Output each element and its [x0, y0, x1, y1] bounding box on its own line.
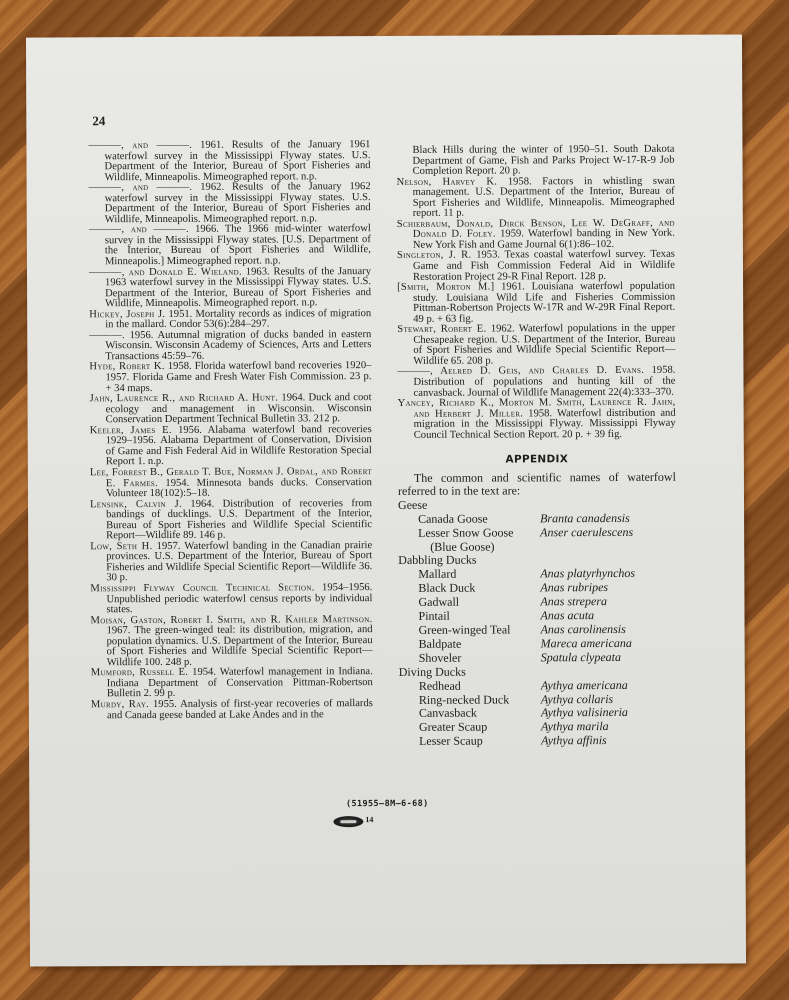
reference-entry: ———, and ———. 1962. Results of the Janua… [89, 182, 371, 225]
species-row: Green-winged TealAnas carolinensis [399, 623, 677, 638]
species-row: MallardAnas platyrhynchos [398, 567, 676, 582]
reference-entry: [Smith, Morton M.] 1961. Louisiana water… [397, 282, 675, 325]
scientific-name: Spatula clypeata [541, 651, 621, 665]
common-name: Baldpate [399, 637, 541, 652]
reference-entry: Murdy, Ray. 1955. Analysis of first-year… [91, 699, 373, 721]
reference-entry: ———, and ———. 1961. Results of the Janua… [88, 140, 370, 183]
reference-author: Low, Seth H. [90, 541, 152, 552]
species-row: Lesser ScaupAythya affinis [399, 734, 677, 749]
reference-text: 1967. The green-winged teal: its distrib… [107, 624, 373, 668]
species-row: BaldpateMareca americana [399, 637, 677, 652]
species-row: RedheadAythya americana [399, 678, 677, 693]
common-name: Redhead [399, 679, 541, 694]
common-name: Lesser Snow Goose [398, 526, 540, 541]
common-name: Shoveler [399, 651, 541, 666]
reference-continuation: Black Hills during the winter of 1950–51… [396, 145, 674, 178]
species-group-label: Diving Ducks [399, 664, 677, 679]
species-row: Lesser Snow GooseAnser caerulescens [398, 525, 676, 540]
common-name: Gadwall [398, 596, 540, 611]
reference-entry: Stewart, Robert E. 1962. Waterfowl popul… [397, 324, 675, 367]
species-row: Greater ScaupAythya marila [399, 720, 677, 735]
scientific-name: Aythya americana [541, 679, 628, 693]
reference-entry: Yancey, Richard K., Morton M. Smith, Lau… [398, 398, 676, 441]
reference-entry: Hyde, Robert K. 1958. Florida waterfowl … [89, 362, 371, 395]
reference-entry: Moisan, Gaston, Robert I. Smith, and R. … [91, 615, 373, 669]
print-code: (51955—8M—6-68) [29, 797, 745, 810]
union-label: 14 [333, 816, 373, 827]
reference-entry: Keeler, James E. 1956. Alabama waterfowl… [90, 425, 372, 468]
reference-entry: Mumford, Russell E. 1954. Waterfowl mana… [91, 667, 373, 700]
appendix-intro: The common and scientific names of water… [398, 471, 676, 499]
reference-entry: Hickey, Joseph J. 1951. Mortality record… [89, 309, 371, 331]
common-name: Lesser Scaup [399, 735, 541, 750]
reference-entry: Singleton, J. R. 1953. Texas coastal wat… [397, 250, 675, 283]
scientific-name: Anser caerulescens [540, 526, 633, 540]
common-name: Canada Goose [398, 512, 540, 527]
reference-entry: Mississippi Flyway Council Technical Sec… [90, 583, 372, 616]
scientific-name: Aythya affinis [541, 734, 607, 748]
species-row: Ring-necked DuckAythya collaris [399, 692, 677, 707]
species-row: Black DuckAnas rubripes [398, 581, 676, 596]
species-row: GadwallAnas strepera [398, 595, 676, 610]
species-row: CanvasbackAythya valisineria [399, 706, 677, 721]
species-row: (Blue Goose) [398, 539, 676, 554]
species-row: Canada GooseBranta canadensis [398, 512, 676, 527]
reference-entry: Nelson, Harvey K. 1958. Factors in whist… [397, 176, 675, 219]
union-label-number: 14 [365, 815, 373, 824]
common-name: Black Duck [398, 582, 540, 597]
species-group-label: Geese [398, 498, 676, 513]
reference-entry: ———. 1956. Autumnal migration of ducks b… [89, 330, 371, 363]
reference-entry: Lensink, Calvin J. 1964. Distribution of… [90, 499, 372, 542]
common-name: Green-winged Teal [399, 623, 541, 638]
references-right-column: Black Hills during the winter of 1950–51… [396, 145, 677, 749]
right-reference-list: Nelson, Harvey K. 1958. Factors in whist… [397, 176, 676, 441]
reference-entry: ———, and ———. 1966. The 1966 mid-winter … [89, 224, 371, 267]
species-row: PintailAnas acuta [398, 609, 676, 624]
reference-author: Murdy, Ray. [91, 699, 149, 710]
reference-entry: Low, Seth H. 1957. Waterfowl banding in … [90, 541, 372, 584]
reference-entry: Lee, Forrest B., Gerald T. Bue, Norman J… [90, 467, 372, 500]
union-bug-emblem-icon [333, 816, 363, 827]
reference-entry: ———, and Donald E. Wieland. 1963. Result… [89, 267, 371, 310]
reference-author: ———. [89, 330, 125, 341]
references-left-column: ———, and ———. 1961. Results of the Janua… [88, 140, 373, 721]
reference-text: 1956. Autumnal migration of ducks banded… [105, 329, 371, 362]
scientific-name: Branta canadensis [540, 512, 630, 526]
reference-entry: ———, Aelred D. Geis, and Charles D. Evan… [397, 366, 675, 399]
species-row: ShovelerSpatula clypeata [399, 651, 677, 666]
appendix-title: APPENDIX [398, 454, 676, 466]
page-number: 24 [92, 113, 105, 129]
document-page: 24 ———, and ———. 1961. Results of the Ja… [26, 34, 746, 966]
reference-entry: Schierbaum, Donald, Dirck Benson, Lee W.… [397, 219, 675, 252]
reference-entry: Jahn, Laurence R., and Richard A. Hunt. … [90, 393, 372, 426]
species-name-table: GeeseCanada GooseBranta canadensisLesser… [398, 498, 677, 750]
